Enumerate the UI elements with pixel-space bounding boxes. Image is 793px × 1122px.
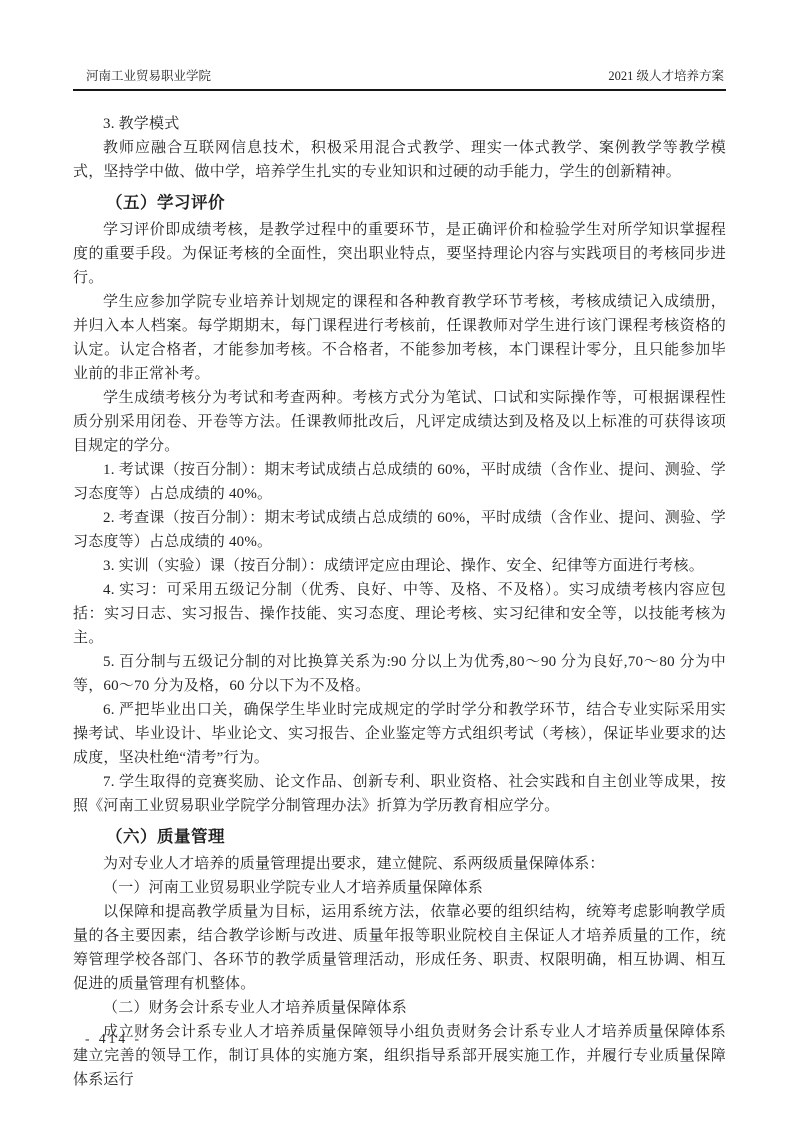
paragraph: 1. 考试课（按百分制）：期末考试成绩占总成绩的 60%，平时成绩（含作业、提问… (73, 458, 726, 506)
document-page: 河南工业贸易职业学院 2021 级人才培养方案 3. 教学模式教师应融合互联网信… (0, 0, 793, 1122)
section-heading: （六）质量管理 (73, 824, 726, 849)
paragraph: 学生成绩考核分为考试和考查两种。考核方式分为笔试、口试和实际操作等，可根据课程性… (73, 386, 726, 458)
page-header: 河南工业贸易职业学院 2021 级人才培养方案 (73, 68, 726, 91)
header-program-title: 2021 级人才培养方案 (608, 68, 724, 85)
paragraph: 教师应融合互联网信息技术，积极采用混合式教学、理实一体式教学、案例教学等教学模式… (73, 136, 726, 184)
paragraph: 2. 考查课（按百分制）：期末考试成绩占总成绩的 60%，平时成绩（含作业、提问… (73, 506, 726, 554)
paragraph: （二）财务会计系专业人才培养质量保障体系 (73, 996, 726, 1020)
paragraph: 7. 学生取得的竞赛奖励、论文作品、创新专利、职业资格、社会实践和自主创业等成果… (73, 770, 726, 818)
paragraph: 为对专业人才培养的质量管理提出要求，建立健院、系两级质量保障体系： (73, 852, 726, 876)
page-number: - 414 - (85, 1031, 142, 1047)
paragraph: 学习评价即成绩考核，是教学过程中的重要环节，是正确评价和检验学生对所学知识掌握程… (73, 218, 726, 290)
paragraph: 3. 教学模式 (73, 112, 726, 136)
section-heading: （五）学习评价 (73, 190, 726, 215)
paragraph: （一）河南工业贸易职业学院专业人才培养质量保障体系 (73, 876, 726, 900)
paragraph: 4. 实习：可采用五级记分制（优秀、良好、中等、及格、不及格）。实习成绩考核内容… (73, 578, 726, 650)
paragraph: 成立财务会计系专业人才培养质量保障领导小组负责财务会计系专业人才培养质量保障体系… (73, 1020, 726, 1092)
paragraph: 6. 严把毕业出口关，确保学生毕业时完成规定的学时学分和教学环节，结合专业实际采… (73, 698, 726, 770)
header-school-name: 河南工业贸易职业学院 (86, 68, 211, 85)
paragraph: 学生应参加学院专业培养计划规定的课程和各种教育教学环节考核，考核成绩记入成绩册，… (73, 290, 726, 386)
document-body: 3. 教学模式教师应融合互联网信息技术，积极采用混合式教学、理实一体式教学、案例… (73, 112, 726, 1092)
paragraph: 以保障和提高教学质量为目标，运用系统方法，依靠必要的组织结构，统筹考虑影响教学质… (73, 900, 726, 996)
paragraph: 3. 实训（实验）课（按百分制）：成绩评定应由理论、操作、安全、纪律等方面进行考… (73, 554, 726, 578)
paragraph: 5. 百分制与五级记分制的对比换算关系为:90 分以上为优秀,80～90 分为良… (73, 650, 726, 698)
